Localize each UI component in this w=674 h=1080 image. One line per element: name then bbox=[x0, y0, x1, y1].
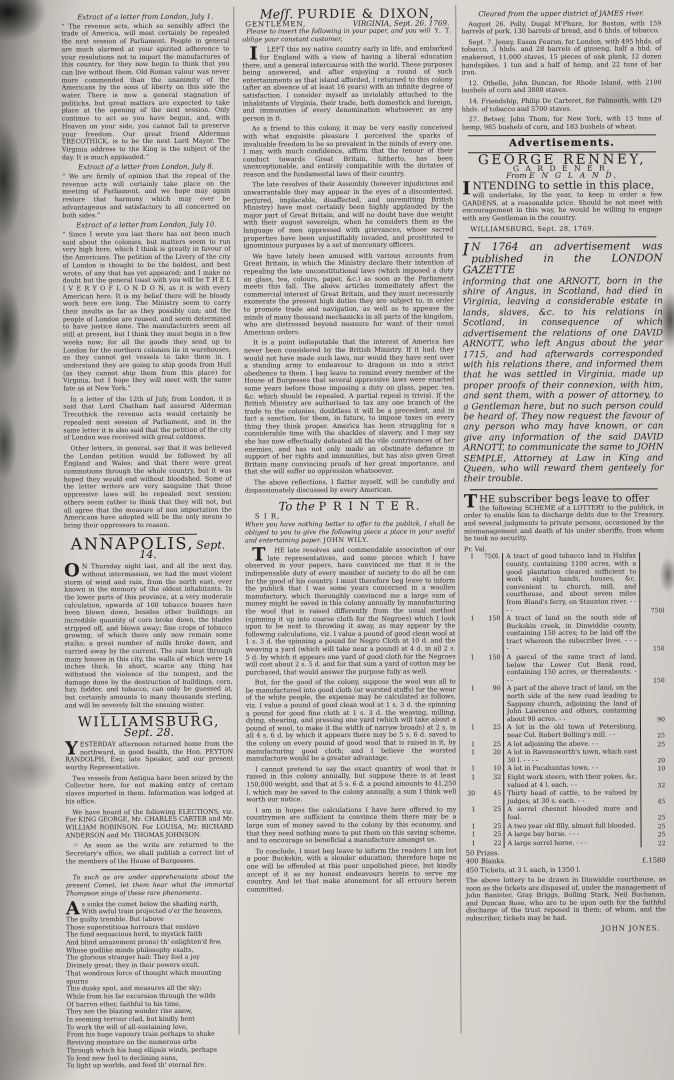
poem-line: That wondrous force of thought which mou… bbox=[66, 969, 234, 985]
poem-lines: With awful train projected o'er the heav… bbox=[66, 908, 235, 1071]
ad-lead-line: N 1764 an advertisement was published in… bbox=[462, 241, 662, 277]
prize-count: 1 bbox=[465, 725, 475, 741]
ad-text: will undertake, by the year, to keep in … bbox=[462, 190, 662, 222]
prize-value: 32 bbox=[477, 774, 501, 790]
news-paragraph: Other letters, in general, say that it w… bbox=[64, 445, 232, 531]
lottery-signature: JOHN JONES. bbox=[466, 925, 666, 934]
page-content: Extract of a letter from London, July 1.… bbox=[0, 0, 674, 1080]
drop-cap bbox=[245, 480, 247, 481]
prize-description: A tract of land on the south side of Buc… bbox=[502, 615, 640, 655]
clearance-entry: August 26. Polly, Dugal M'Phure, for Bos… bbox=[461, 20, 661, 36]
prize-value: 25 bbox=[477, 806, 501, 822]
poem-line-text: s sinks the comet below the shading eart… bbox=[82, 900, 219, 908]
williamsburg-lead-story: YESTERDAY afternoon returned home from t… bbox=[65, 740, 233, 772]
tickets-line: 450 Tickets, at 3 l. each, is 1350 l. bbox=[466, 866, 666, 875]
news-paragraph: Two vessels from Antigua have been seize… bbox=[65, 774, 233, 806]
lottery-row: 1 22 A large sorrel horse. - - - 22 bbox=[466, 839, 666, 849]
lottery-closing: The above lottery to be drawn in Dinwidd… bbox=[466, 876, 666, 923]
lottery-totals: 50 Prizes. 400 Blanks. £.1580 bbox=[466, 850, 666, 866]
lottery-row: 1 750l. A tract of good tobacco land in … bbox=[464, 553, 664, 616]
news-paragraph: In a letter of the 12th of July, from Lo… bbox=[63, 395, 231, 442]
prize-value-right: 25 bbox=[643, 823, 665, 831]
essay-paragraph: We have lately been amused with various … bbox=[243, 252, 453, 337]
prize-count: 1 bbox=[465, 686, 475, 725]
prize-value-right: 150 bbox=[643, 677, 665, 685]
essay-paragraph: The above reflections, I flatter myself,… bbox=[245, 478, 455, 494]
middle-column: Meſſ. PURDIE & DIXON, GENTLEMEN, VIRGINI… bbox=[242, 9, 457, 896]
heading-caps: P R I N T E R. bbox=[319, 499, 421, 514]
clearance-entry: 12. Othello, John Duncan, for Rhode Isla… bbox=[462, 79, 662, 95]
prize-value-right: 25 bbox=[644, 831, 666, 839]
drop-cap bbox=[243, 126, 245, 127]
prize-value: 90 bbox=[477, 686, 501, 725]
lottery-row: 1 25 A sorrel chesnut blooded mare and f… bbox=[465, 806, 665, 823]
ad-body: INTENDING to settle in this place,will u… bbox=[462, 180, 662, 223]
prize-count: 1 bbox=[465, 654, 475, 685]
blanks-count: 400 Blanks. bbox=[466, 858, 507, 866]
correspondent-initials: Y. T. bbox=[431, 28, 453, 36]
poem-line: And blind amazement prone) th' enlighten… bbox=[66, 939, 234, 948]
letter-extract: Extract of a letter from London, July 1.… bbox=[61, 14, 230, 162]
prize-value-right: 25 bbox=[643, 741, 665, 749]
poem-line: To light up worlds, and feed th' eternal… bbox=[67, 1062, 235, 1071]
drop-cap: O bbox=[64, 563, 82, 578]
newspaper-page: Extract of a letter from London, July 1.… bbox=[0, 0, 674, 1080]
prize-value-right: 20 bbox=[643, 757, 665, 765]
lottery-row: 1 150 A tract of land on the south side … bbox=[464, 614, 664, 654]
prize-value-right: 90 bbox=[643, 716, 665, 724]
total-amount: £.1580 bbox=[642, 857, 666, 865]
clearance-entry: 14. Friendship, Philip De Carteret, for … bbox=[462, 97, 662, 113]
drop-cap bbox=[244, 340, 246, 341]
comet-poem: As sinks the comet below the shading ear… bbox=[66, 900, 235, 1070]
drop-cap: T bbox=[245, 548, 267, 563]
right-column: Cleared from the upper district of JAMES… bbox=[461, 8, 666, 936]
address-heading: Meſſ. PURDIE & DIXON, bbox=[242, 9, 452, 18]
letter-signature: JOHN WILY. bbox=[323, 535, 368, 543]
lottery-row: 1 150 A parcel of the same tract of land… bbox=[465, 653, 665, 685]
prize-description: A lot in the old town of Petersburg, nea… bbox=[503, 724, 641, 741]
letter-heading: Extract of a letter from London, July 8. bbox=[62, 164, 230, 173]
lottery-advertisement: THE subscriber begs leave to offerthe fo… bbox=[464, 493, 666, 934]
prize-count: 30 bbox=[465, 790, 475, 806]
lottery-row: 1 90 A part of the above tract of land, … bbox=[465, 685, 665, 725]
section-rule bbox=[468, 236, 656, 238]
letter-paragraph: But, for the good of the colony, suppose… bbox=[246, 679, 456, 764]
writs-note: ☞ As soon as the writs are returned to t… bbox=[66, 842, 234, 866]
paragraph-text: We have lately been amused with various … bbox=[244, 251, 454, 336]
prizes-blanks: 50 Prizes. 400 Blanks. bbox=[466, 850, 507, 865]
clearance-entry: Sept. 7. Jenny, Eason Fearon, for London… bbox=[461, 38, 661, 77]
drop-cap bbox=[247, 848, 249, 849]
letter-heading: Extract of a letter from London, July 1. bbox=[61, 14, 229, 23]
prize-value-right: 25 bbox=[643, 732, 665, 740]
renney-advertisement: GEORGE RENNEY, G A R D E N E R, From E N… bbox=[462, 156, 662, 233]
section-rule bbox=[101, 869, 198, 871]
lottery-row: 1 20 A lot in Ravensworth's town, which … bbox=[465, 748, 665, 765]
drop-cap bbox=[246, 766, 248, 767]
drop-cap: A bbox=[66, 901, 82, 916]
letter-body: “ The revenue acts, which so sensibly af… bbox=[61, 22, 230, 162]
prize-description: A parcel of the same tract of land, belo… bbox=[503, 653, 641, 685]
prize-value: 750l. bbox=[476, 553, 500, 615]
lottery-intro: THE subscriber begs leave to offerthe fo… bbox=[464, 493, 664, 543]
ship-clearances: August 26. Polly, Dugal M'Phure, for Bos… bbox=[461, 20, 662, 132]
drop-cap: T bbox=[464, 494, 479, 509]
paragraph-text: I am in hopes the calculations I have he… bbox=[246, 805, 456, 844]
drop-cap: I bbox=[242, 47, 260, 62]
section-rule bbox=[470, 488, 658, 490]
prize-value-right: 150 bbox=[643, 646, 665, 654]
prize-count: 1 bbox=[464, 554, 474, 616]
lottery-table: 1 750l. A tract of good tobacco land in … bbox=[464, 553, 666, 849]
to-the-printer-heading: To the P R I N T E R. bbox=[245, 503, 455, 512]
comet-introduction: To such as are under apprehensions about… bbox=[66, 874, 234, 898]
paragraph-text: The late resolves of their Assembly (how… bbox=[243, 180, 453, 250]
prize-description: A sorrel chesnut blooded mare and foal. bbox=[503, 806, 641, 823]
drop-cap bbox=[246, 680, 248, 681]
section-rule bbox=[468, 135, 656, 137]
essay-paragraph: I LEFT this my native country early in l… bbox=[242, 46, 452, 123]
essay-paragraph: As a friend to this colony, it may be ve… bbox=[243, 125, 453, 179]
clearance-entry: 27. Betsey, John Thom, for New York, wit… bbox=[462, 115, 662, 131]
prize-description: A large sorrel horse. - - - bbox=[504, 839, 642, 848]
arnott-advertisement: IN 1764 an advertisement was published i… bbox=[462, 241, 663, 485]
paragraph-text: But, for the good of the colony, suppose… bbox=[246, 678, 456, 763]
prize-value-right: 45 bbox=[643, 798, 665, 806]
paragraph-text: To conclude, I must beg leave to inform … bbox=[247, 846, 457, 893]
news-paragraphs: In a letter of the 12th of July, from Lo… bbox=[63, 395, 232, 530]
drop-cap: Y bbox=[65, 741, 80, 756]
london-letters: Extract of a letter from London, July 1.… bbox=[61, 14, 231, 394]
drop-cap bbox=[243, 182, 245, 183]
essay-paragraph: The late resolves of their Assembly (how… bbox=[243, 181, 453, 250]
letter-body: “ Since I wrote you last there has not b… bbox=[62, 231, 231, 394]
lottery-intro-text: the following SCHEME of a LOTTERY to the… bbox=[464, 503, 664, 542]
prize-count: 1 bbox=[465, 774, 475, 790]
paragraph-text: The above reflections, I flatter myself,… bbox=[245, 477, 455, 494]
paragraph-text: HE late resolves and commendable associa… bbox=[245, 546, 456, 677]
williamsburg-heading: WILLIAMSBURG, Sept. 28. bbox=[65, 719, 233, 739]
prize-description: A part of the above tract of land, on th… bbox=[503, 685, 641, 725]
prize-description: A lot in Ravensworth's town, which cost … bbox=[503, 749, 641, 766]
letter-body: “ We are firmly of opinion that the repe… bbox=[62, 173, 230, 220]
prize-value: 25 bbox=[477, 725, 501, 741]
paragraph-text: As a friend to this colony, it may be ve… bbox=[243, 124, 453, 179]
williamsburg-paragraphs: Two vessels from Antigua have been seize… bbox=[65, 774, 233, 840]
paragraph-text: LEFT this my native country early in lif… bbox=[242, 45, 452, 122]
letter-paragraph: I am in hopes the calculations I have he… bbox=[246, 806, 456, 845]
prize-value: 22 bbox=[478, 840, 502, 849]
prize-value-right: 750l bbox=[642, 607, 664, 615]
letter-paragraph: THE late resolves and commendable associ… bbox=[245, 547, 456, 677]
wily-letter: THE late resolves and commendable associ… bbox=[245, 547, 457, 894]
city-date: Sept. 28. bbox=[124, 726, 174, 739]
heading-italic: To the bbox=[279, 499, 315, 513]
prize-value: 45 bbox=[477, 790, 501, 806]
news-paragraph: We have heard of the following ELECTIONS… bbox=[65, 808, 233, 840]
prize-value-right: 32 bbox=[643, 782, 665, 790]
poem-line: Through which his long ellipsis winds, p… bbox=[67, 1046, 235, 1055]
prize-value: 150 bbox=[477, 654, 501, 686]
annapolis-heading: ANNAPOLIS, Sept. 14. bbox=[64, 539, 232, 561]
paragraph-text: I cannot pretend to say the exact quanti… bbox=[246, 764, 456, 803]
ad-text: informing that one ARNOTT, born in the s… bbox=[463, 276, 664, 485]
pointing-hand-icon: ☞ bbox=[73, 842, 79, 850]
request-text: Please to insert the following in your p… bbox=[242, 27, 430, 44]
city-name: ANNAPOLIS, bbox=[71, 533, 195, 553]
essay-paragraph: It is a point indisputable that the inte… bbox=[244, 339, 455, 477]
drop-cap: I bbox=[462, 181, 473, 196]
ad-dateline: WILLIAMSBURG, Sept. 28, 1769. bbox=[462, 225, 662, 234]
drop-cap bbox=[243, 253, 245, 254]
poem-line: While from his far excursion through the… bbox=[66, 993, 234, 1002]
column-divider bbox=[233, 7, 239, 1035]
letter-paragraph: To conclude, I must beg leave to inform … bbox=[247, 847, 457, 894]
annapolis-story: ON Thursday night last, and all the next… bbox=[64, 563, 233, 710]
letter-paragraph: I cannot pretend to say the exact quanti… bbox=[246, 765, 456, 804]
prize-value-right: 22 bbox=[644, 840, 666, 848]
insertion-request: Y. T. Please to insert the following in … bbox=[242, 28, 452, 44]
letter-extract: Extract of a letter from London, July 8.… bbox=[62, 164, 230, 220]
letter-introduction: When you have nothing better to offer to… bbox=[245, 521, 455, 545]
lottery-row: 1 25 A lot in the old town of Petersburg… bbox=[465, 724, 665, 741]
paragraph-text: It is a point indisputable that the inte… bbox=[244, 338, 455, 476]
prize-count: 1 bbox=[464, 615, 474, 654]
prize-value: 150 bbox=[476, 615, 500, 654]
origin-prefix: From bbox=[506, 171, 527, 180]
prize-value: 20 bbox=[477, 749, 501, 765]
story-text: ESTERDAY afternoon returned home from th… bbox=[65, 740, 233, 771]
prize-count: 1 bbox=[465, 749, 475, 765]
prize-count: 1 bbox=[465, 807, 475, 823]
prize-description: A tract of good tobacco land in Halifax … bbox=[502, 553, 640, 615]
letter-extract: Extract of a letter from London, July 10… bbox=[62, 222, 231, 393]
prize-value-right: 25 bbox=[643, 814, 665, 822]
drop-cap: I bbox=[462, 242, 471, 258]
left-column: Extract of a letter from London, July 1.… bbox=[61, 11, 235, 1071]
prize-value-right: 10 bbox=[643, 766, 665, 774]
clearances-heading: Cleared from the upper district of JAMES… bbox=[461, 10, 661, 19]
note-text: As soon as the writs are returned to the… bbox=[66, 842, 234, 865]
prize-count: 1 bbox=[466, 840, 476, 849]
drop-cap bbox=[246, 807, 248, 808]
advertisements-header: Advertisements. bbox=[462, 140, 662, 149]
letter-heading: Extract of a letter from London, July 10… bbox=[62, 222, 230, 231]
essay: I LEFT this my native country early in l… bbox=[242, 46, 454, 495]
story-text: N Thursday night last, and all the next … bbox=[64, 563, 233, 710]
